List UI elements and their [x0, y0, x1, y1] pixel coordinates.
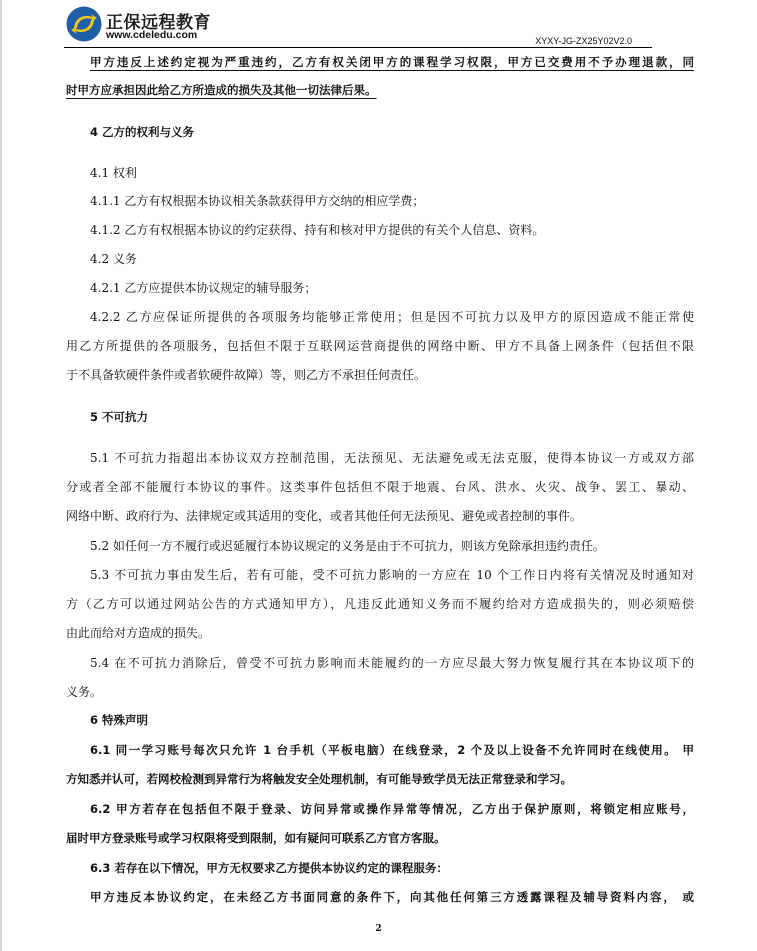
- page-edge: [0, 0, 2, 951]
- section-4-heading: 4 乙方的权利与义务: [66, 118, 694, 146]
- clause-5-4-line-1: 5.4 在不可抗力消除后，曾受不可抗力影响而未能履约的一方应尽最大努力恢复履行其…: [66, 649, 694, 677]
- breach-paragraph-line-1: 甲方违反上述约定视为严重违约，乙方有权关闭甲方的课程学习权限，甲方已交费用不予办…: [66, 48, 694, 76]
- clause-6-1-line-2: 方知悉并认可，若网校检测到异常行为将触发安全处理机制，有可能导致学员无法正常登录…: [66, 765, 694, 793]
- clause-6-2-line-2: 届时甲方登录账号或学习权限将受到限制，如有疑问可联系乙方官方客服。: [66, 824, 694, 852]
- breach-paragraph-line-2: 时甲方应承担因此给乙方所造成的损失及其他一切法律后果。: [66, 76, 694, 104]
- brand-url: www.cdeledu.com: [106, 29, 197, 41]
- document-code: XYXY-JG-ZX25Y02V2.0: [535, 36, 632, 46]
- clause-4-1-2: 4.1.2 乙方有权根据本协议的约定获得、持有和核对甲方提供的有关个人信息、资料…: [66, 216, 694, 244]
- clause-6-3-item-a: 甲方违反本协议约定，在未经乙方书面同意的条件下，向其他任何第三方透露课程及辅导资…: [66, 883, 694, 911]
- clause-5-1-line-3: 网络中断、政府行为、法律规定或其适用的变化，或者其他任何无法预见、避免或者控制的…: [66, 502, 694, 530]
- clause-4-2-2-line-1: 4.2.2 乙方应保证所提供的各项服务均能够正常使用；但是因不可抗力以及甲方的原…: [66, 303, 694, 331]
- clause-6-3: 6.3 若存在以下情况，甲方无权要求乙方提供本协议约定的课程服务：: [66, 854, 694, 882]
- clause-4-1-1: 4.1.1 乙方有权根据本协议相关条款获得甲方交纳的相应学费；: [66, 187, 694, 215]
- underlined-text: 时甲方应承担因此给乙方所造成的损失及其他一切法律后果。: [66, 83, 377, 97]
- clause-5-1-line-1: 5.1 不可抗力指超出本协议双方控制范围，无法预见、无法避免或无法克服，使得本协…: [66, 444, 694, 472]
- page-number: 2: [0, 924, 757, 934]
- clause-5-3-line-3: 由此而给对方造成的损失。: [66, 619, 694, 647]
- underlined-text: 甲方违反上述约定视为严重违约，乙方有权关闭甲方的课程学习权限，甲方已交费用不予办…: [90, 55, 694, 69]
- clause-5-3-line-2: 方（乙方可以通过网站公告的方式通知甲方），凡违反此通知义务而不履约给对方造成损失…: [66, 590, 694, 618]
- clause-5-4-line-2: 义务。: [66, 678, 694, 706]
- clause-4-2-1: 4.2.1 乙方应提供本协议规定的辅导服务；: [66, 274, 694, 302]
- section-5-heading: 5 不可抗力: [66, 403, 694, 431]
- section-6-heading: 6 特殊声明: [66, 706, 694, 734]
- clause-5-3-line-1: 5.3 不可抗力事由发生后，若有可能，受不可抗力影响的一方应在 10 个工作日内…: [66, 561, 694, 589]
- cdeledu-logo-icon: [66, 6, 102, 42]
- clause-5-2: 5.2 如任何一方不履行或迟延履行本协议规定的义务是由于不可抗力，则该方免除承担…: [66, 532, 694, 560]
- clause-4-2-2-line-3: 于不具备软硬件条件或者软硬件故障）等，则乙方不承担任何责任。: [66, 361, 694, 389]
- clause-4-1: 4.1 权利: [66, 159, 694, 187]
- clause-6-1-line-1: 6.1 同一学习账号每次只允许 1 台手机（平板电脑）在线登录，2 个及以上设备…: [66, 736, 694, 764]
- clause-4-2: 4.2 义务: [66, 245, 694, 273]
- clause-4-2-2-line-2: 用乙方所提供的各项服务，包括但不限于互联网运营商提供的网络中断、甲方不具备上网条…: [66, 332, 694, 360]
- clause-5-1-line-2: 分或者全部不能履行本协议的事件。这类事件包括但不限于地震、台风、洪水、火灾、战争…: [66, 473, 694, 501]
- page-header: 正保远程教育 www.cdeledu.com XYXY-JG-ZX25Y02V2…: [66, 4, 652, 47]
- clause-6-2-line-1: 6.2 甲方若存在包括但不限于登录、访问异常或操作异常等情况，乙方出于保护原则，…: [66, 795, 694, 823]
